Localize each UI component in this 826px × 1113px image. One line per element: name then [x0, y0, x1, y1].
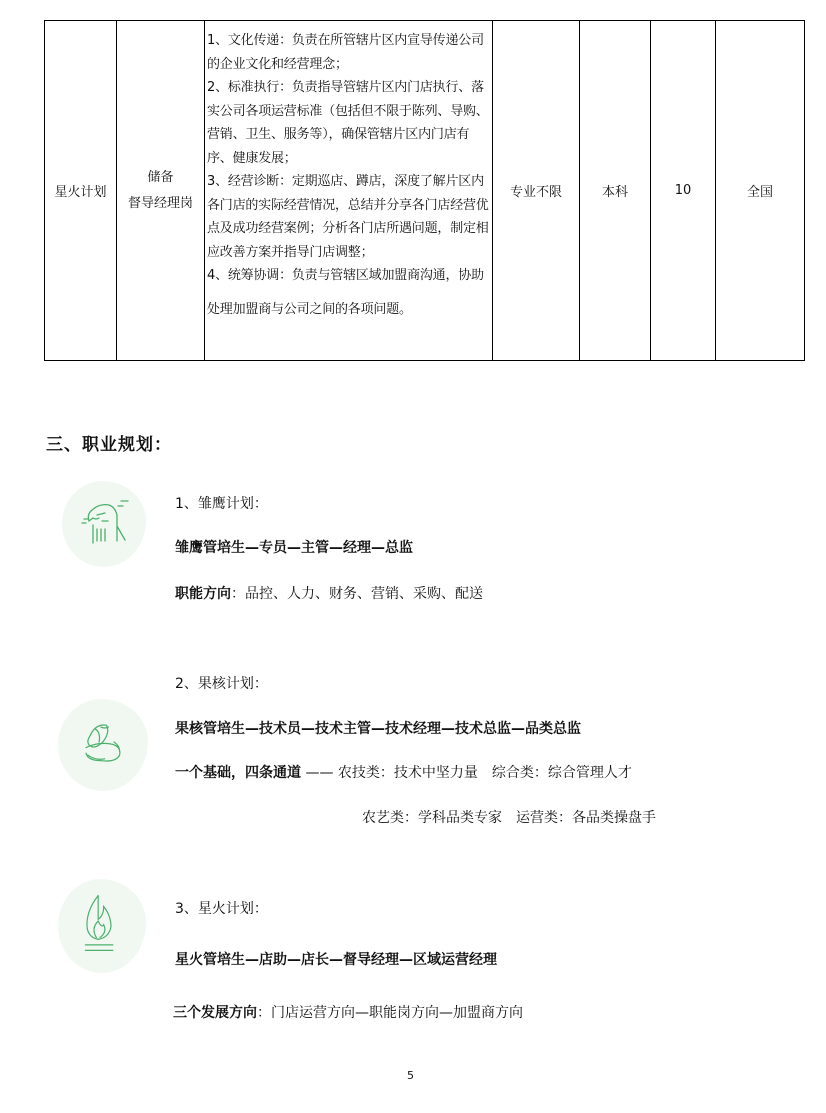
location-cell: 全国 [716, 21, 805, 361]
duty-4: 4、统筹协调：负责与管辖区域加盟商沟通，协助 [207, 268, 484, 283]
plan-3-directions: 三个发展方向：门店运营方向—职能岗方向—加盟商方向 [173, 1002, 523, 1022]
table-row: 星火计划 储备 督导经理岗 1、文化传递：负责在所管辖片区内宣导传递公司的企业文… [45, 21, 805, 361]
duty-4-cont: 处理加盟商与公司之间的各项问题。 [207, 298, 491, 322]
duty-3: 3、经营诊断：定期巡店、蹲店，深度了解片区内各门店的实际经营情况，总结并分享各门… [207, 174, 489, 260]
position-cell: 储备 督导经理岗 [117, 21, 205, 361]
plan-1-direction: 职能方向：品控、人力、财务、营销、采购、配送 [175, 583, 483, 603]
position-line2: 督导经理岗 [117, 191, 204, 217]
duties-cell: 1、文化传递：负责在所管辖片区内宣导传递公司的企业文化和经营理念； 2、标准执行… [205, 21, 493, 361]
plan-2-heading: 2、果核计划： [175, 673, 268, 693]
eagle-icon [62, 481, 146, 567]
position-line1: 储备 [117, 165, 204, 191]
job-table: 星火计划 储备 督导经理岗 1、文化传递：负责在所管辖片区内宣导传递公司的企业文… [44, 20, 805, 361]
section-title: 三、职业规划： [46, 430, 172, 455]
plan-3-path: 星火管培生—店助—店长—督导经理—区域运营经理 [175, 949, 497, 969]
plan-2-channels: 一个基础，四条通道 —— 农技类：技术中坚力量 综合类：综合管理人才 [175, 762, 632, 782]
plan-1-heading: 1、雏鹰计划： [175, 493, 268, 513]
plan-2-channels-2: 农艺类：学科品类专家 运营类：各品类操盘手 [362, 807, 656, 827]
duty-1: 1、文化传递：负责在所管辖片区内宣导传递公司的企业文化和经营理念； [207, 33, 484, 72]
plan-1-path: 雏鹰管培生—专员—主管—经理—总监 [175, 537, 413, 557]
plan-2-path: 果核管培生—技术员—技术主管—技术经理—技术总监—品类总监 [175, 718, 581, 738]
headcount-cell: 10 [651, 21, 716, 361]
plan-3-heading: 3、星火计划： [175, 898, 268, 918]
pistachio-icon [58, 699, 148, 791]
major-cell: 专业不限 [493, 21, 580, 361]
flame-icon [58, 879, 146, 973]
plan-cell: 星火计划 [45, 21, 117, 361]
education-cell: 本科 [580, 21, 651, 361]
page-number: 5 [407, 1069, 414, 1082]
duty-2: 2、标准执行：负责指导管辖片区内门店执行、落实公司各项运营标准（包括但不限于陈列… [207, 80, 489, 166]
